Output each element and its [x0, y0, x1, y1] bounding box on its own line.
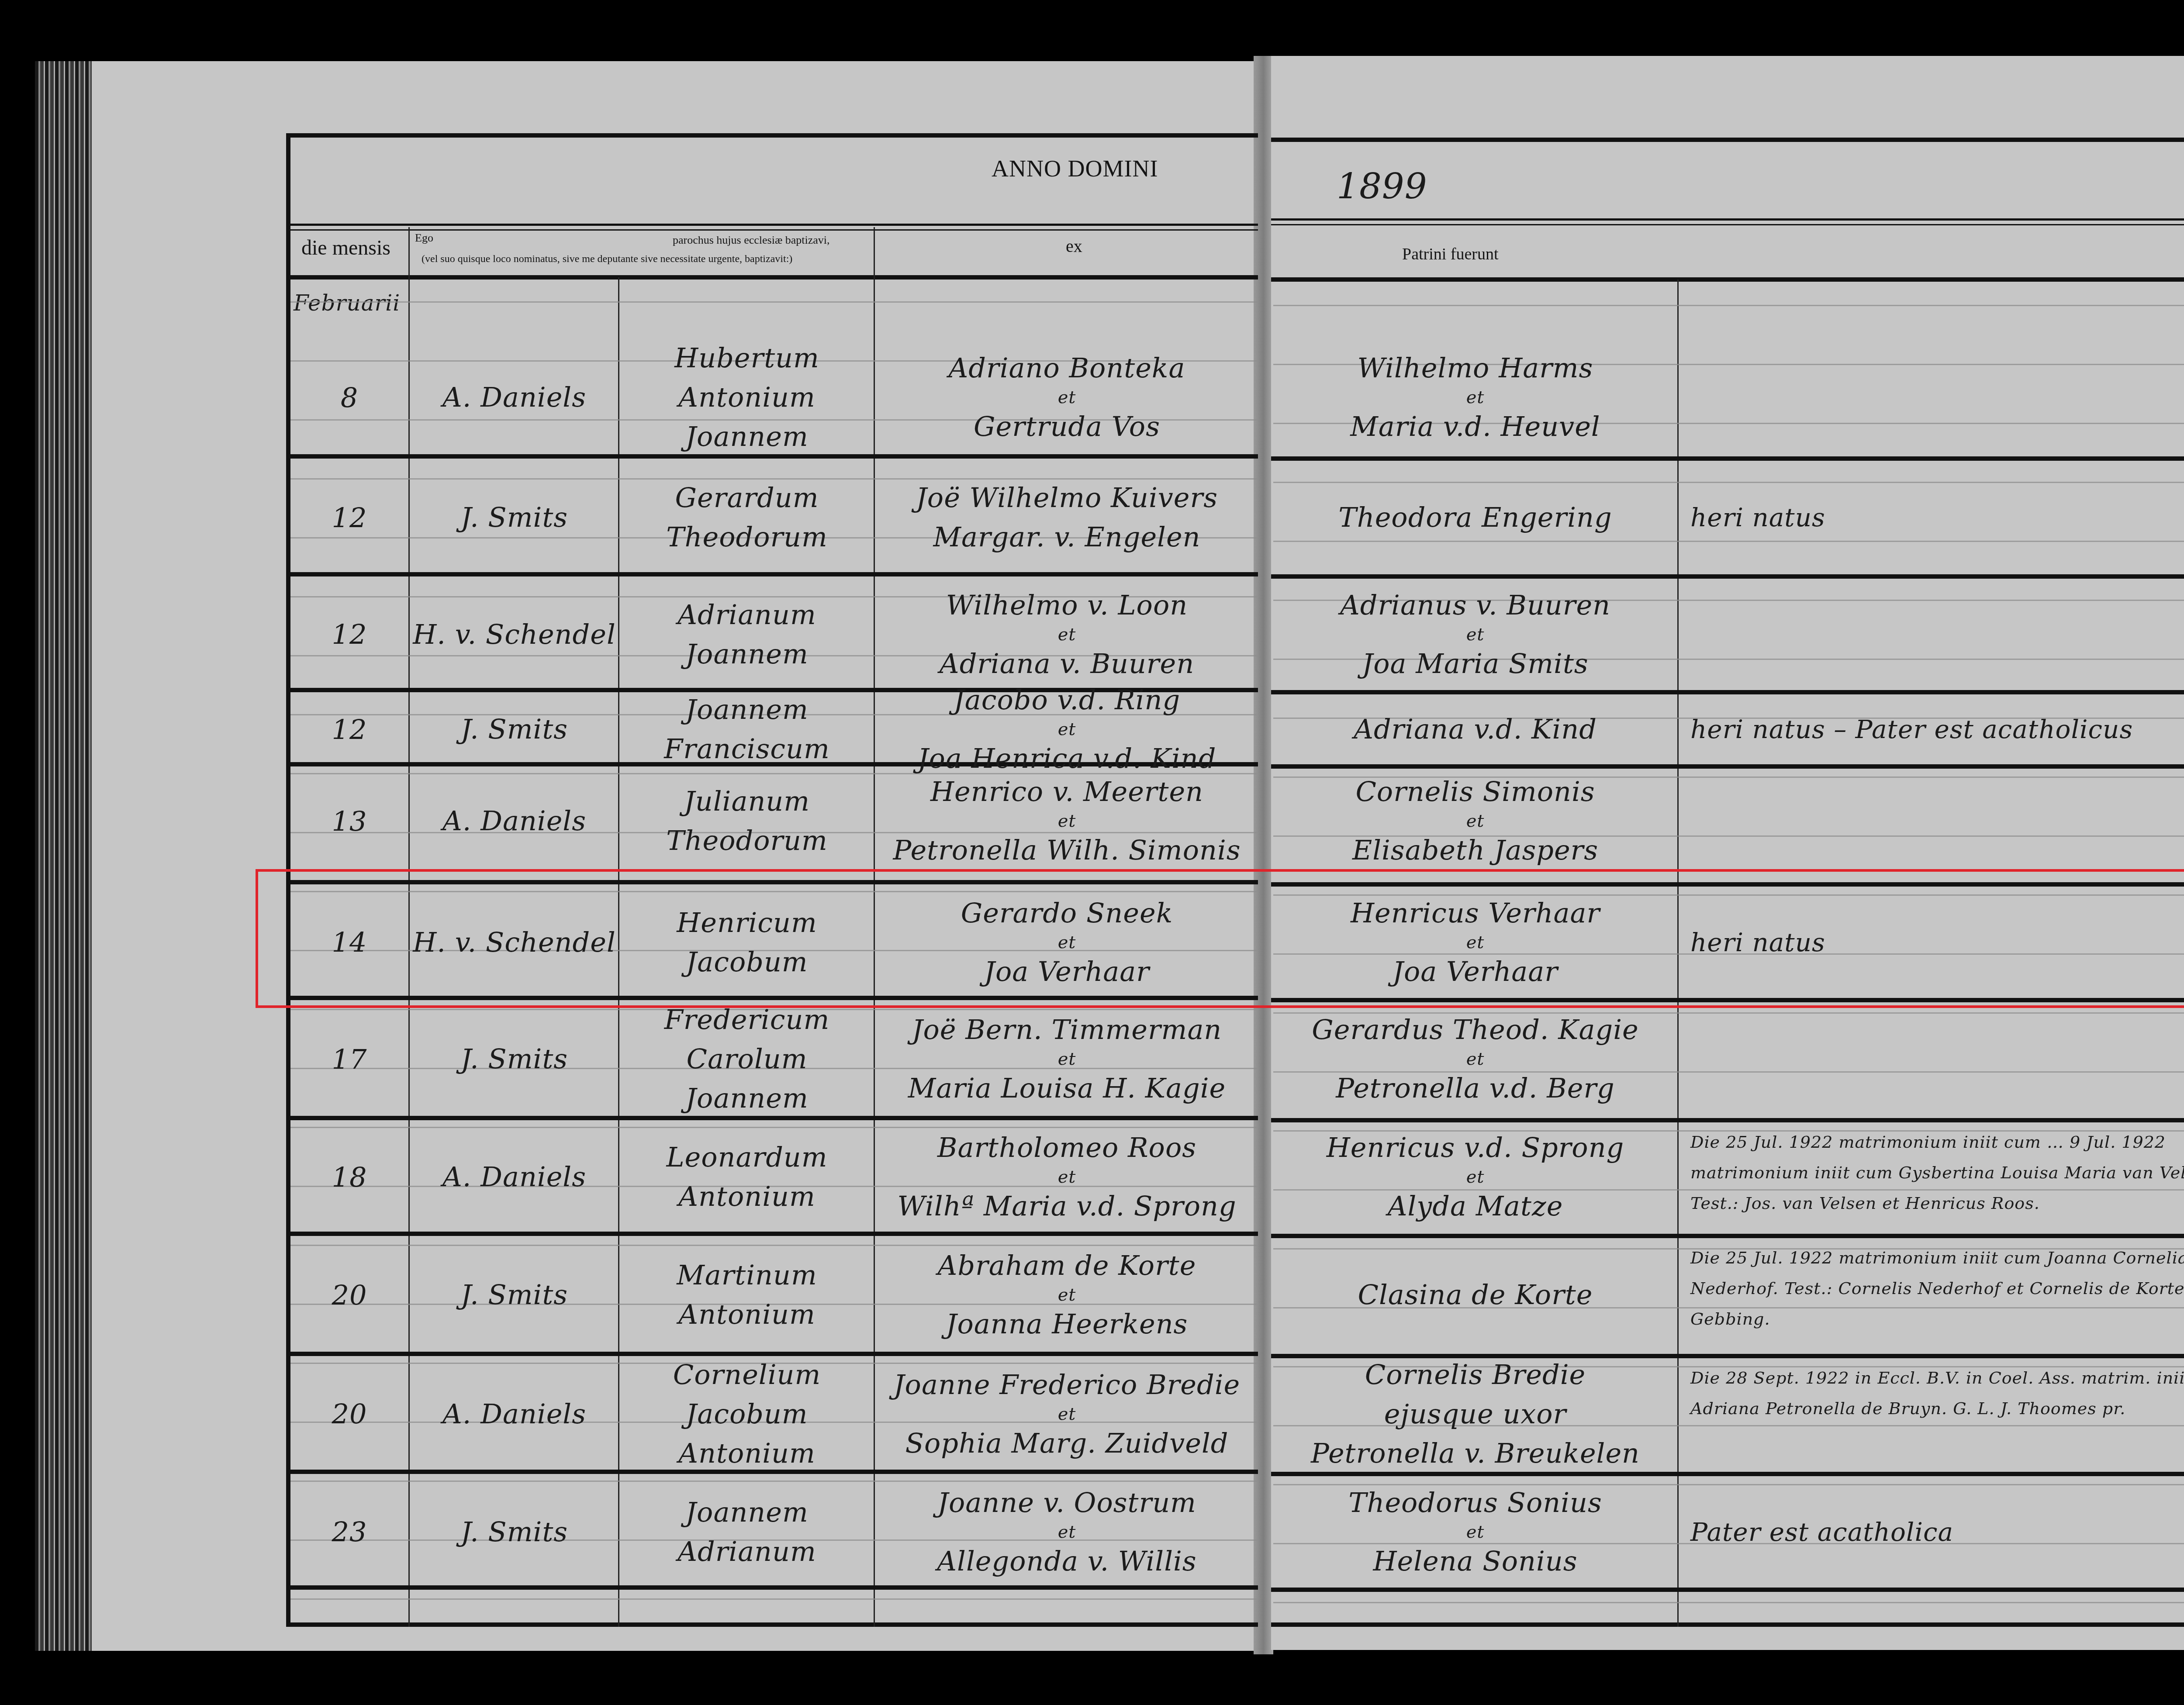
- entry-parents-line: Adriano Bonteka: [949, 349, 1185, 388]
- entry-godparents-line: Cornelis Simonis: [1355, 772, 1595, 811]
- row-separator-right: [1271, 574, 2184, 579]
- entry-parents-line: Gertruda Vos: [974, 407, 1160, 446]
- year-handwritten: 1899: [1337, 166, 1427, 207]
- entry-godparents-line: Adrianus v. Buuren: [1340, 586, 1610, 625]
- entry-parents: Joanne Frederico BredieetSophia Marg. Zu…: [876, 1358, 1258, 1470]
- entry-child-names: JoannemFranciscum: [620, 697, 874, 762]
- entry-priest-value: H. v. Schendel: [413, 615, 616, 654]
- conjunction-et: et: [1058, 720, 1076, 739]
- entry-child-names-line: Joannem: [685, 690, 809, 729]
- conjunction-et: et: [1466, 625, 1485, 644]
- entry-child-names-line: Joannem: [685, 1079, 809, 1118]
- entry-godparents: Theodora Engering: [1273, 463, 1677, 572]
- conjunction-et: et: [1058, 625, 1076, 644]
- entry-godparents-line: Adriana v.d. Kind: [1354, 710, 1597, 749]
- entry-child-names-line: Martinum: [677, 1256, 817, 1295]
- entry-child-names: FredericumCarolumJoannem: [620, 1002, 874, 1116]
- entry-godparents-line: Cornelis Bredie: [1365, 1355, 1586, 1394]
- entry-child-names-line: Antonium: [678, 378, 815, 417]
- entry-day-value: 20: [332, 1398, 367, 1430]
- entry-priest-value: J. Smits: [461, 1512, 568, 1552]
- entry-godparents-line: Wilhelmo Harms: [1358, 349, 1593, 388]
- entry-day-value: 8: [341, 382, 358, 414]
- entry-parents-line: Abraham de Korte: [938, 1246, 1196, 1285]
- header-bottom-left: [290, 275, 1258, 280]
- entry-godparents: Cornelis SimonisetElisabeth Jaspers: [1273, 762, 1677, 880]
- entry-child-names-line: Jacobum: [686, 1394, 808, 1434]
- entry-priest-value: J. Smits: [461, 498, 568, 537]
- entry-priest-value: J. Smits: [461, 1275, 568, 1315]
- entry-child-names-line: Antonium: [678, 1295, 815, 1334]
- conjunction-et: et: [1058, 388, 1076, 407]
- entry-priest: A. Daniels: [411, 1358, 618, 1470]
- entry-child-names-line: Adrianum: [677, 1532, 816, 1571]
- entry-day: 12: [290, 463, 408, 572]
- ruled-line-right: [1273, 1602, 2184, 1603]
- entry-child-names-line: Cornelium: [673, 1355, 821, 1394]
- entry-child-names: HubertumAntoniumJoannem: [620, 341, 874, 454]
- entry-note-text: Pater est acatholica: [1690, 1515, 1953, 1550]
- page-stack-edge: [35, 61, 92, 1651]
- entry-parents: Joë Wilhelmo KuiversMargar. v. Engelen: [876, 463, 1258, 572]
- entry-note: Pater est acatholica: [1690, 1483, 2184, 1581]
- entry-parents-line: Wilhª Maria v.d. Sprong: [897, 1187, 1236, 1226]
- conjunction-et: et: [1058, 1285, 1076, 1305]
- header-bottom-right: [1271, 277, 2184, 282]
- entry-parents: Joë Bern. TimmermanetMaria Louisa H. Kag…: [876, 1002, 1258, 1116]
- entry-day-value: 20: [332, 1279, 367, 1311]
- conjunction-et: et: [1058, 811, 1076, 831]
- col-header-priest-ego: Ego: [415, 231, 433, 245]
- entry-parents-line: Joë Wilhelmo Kuivers: [916, 478, 1218, 518]
- entry-godparents-line: Henricus v.d. Sprong: [1327, 1128, 1624, 1167]
- entry-priest-value: J. Smits: [461, 1039, 568, 1079]
- row-separator-right: [1271, 1588, 2184, 1592]
- entry-parents-line: Joë Bern. Timmerman: [912, 1010, 1222, 1049]
- row-separator-right: [1271, 456, 2184, 461]
- col-header-priest-sub: (vel suo quisque loco nominatus, sive me…: [422, 253, 792, 265]
- entry-parents-line: Jacobo v.d. Ring: [954, 680, 1180, 720]
- entry-child-names-line: Adrianum: [677, 595, 816, 635]
- entry-note: Die 25 Jul. 1922 matrimonium iniit cum ……: [1690, 1127, 2184, 1227]
- entry-day: 20: [290, 1358, 408, 1470]
- entry-child-names: LeonardumAntonium: [620, 1122, 874, 1232]
- entry-parents: Bartholomeo RoosetWilhª Maria v.d. Spron…: [876, 1122, 1258, 1232]
- row-separator-left: [290, 572, 1258, 576]
- entry-parents-line: Wilhelmo v. Loon: [946, 586, 1188, 625]
- entry-day: 23: [290, 1478, 408, 1585]
- entry-godparents-line: Gerardus Theod. Kagie: [1312, 1010, 1639, 1049]
- entry-parents-line: Petronella Wilh. Simonis: [893, 831, 1241, 870]
- entry-godparents: Cornelis Bredieejusque uxorPetronella v.…: [1273, 1358, 1677, 1470]
- conjunction-et: et: [1466, 1522, 1485, 1542]
- entry-godparents-line: Petronella v. Breukelen: [1311, 1434, 1640, 1473]
- entry-note: Die 25 Jul. 1922 matrimonium iniit cum J…: [1690, 1243, 2184, 1347]
- entry-priest-value: J. Smits: [461, 710, 568, 749]
- entry-priest-value: A. Daniels: [442, 801, 586, 841]
- entry-child-names: MartinumAntonium: [620, 1238, 874, 1352]
- selected-entry-highlight: [256, 869, 2184, 1008]
- entry-note: Die 28 Sept. 1922 in Eccl. B.V. in Coel.…: [1690, 1363, 2184, 1465]
- entry-priest: A. Daniels: [411, 762, 618, 880]
- entry-note-text: Die 25 Jul. 1922 matrimonium iniit cum ……: [1690, 1127, 2184, 1218]
- entry-godparents-line: Maria v.d. Heuvel: [1350, 407, 1600, 446]
- conjunction-et: et: [1058, 1167, 1076, 1187]
- entry-parents: Wilhelmo v. LoonetAdriana v. Buuren: [876, 581, 1258, 688]
- col-header-parents: ex: [1066, 236, 1082, 256]
- entry-day-value: 23: [332, 1516, 367, 1548]
- entry-godparents-line: Elisabeth Jaspers: [1352, 831, 1598, 870]
- entry-child-names: CorneliumJacobumAntonium: [620, 1358, 874, 1470]
- entry-note-text: heri natus – Pater est acatholicus: [1690, 712, 2133, 747]
- anno-domini-title: ANNO DOMINI: [992, 155, 1158, 182]
- col-header-godparents: Patrini fuerunt: [1402, 245, 1499, 264]
- entry-day: 17: [290, 1002, 408, 1116]
- entry-godparents: Wilhelmo HarmsetMaria v.d. Heuvel: [1273, 341, 1677, 454]
- entry-child-names: JulianumTheodorum: [620, 762, 874, 880]
- entry-note: [1690, 345, 2184, 450]
- row-separator-left: [290, 1585, 1258, 1590]
- entry-day-value: 12: [332, 714, 367, 746]
- entry-day: 8: [290, 341, 408, 454]
- entry-priest: J. Smits: [411, 1478, 618, 1585]
- entry-godparents-line: Helena Sonius: [1373, 1542, 1577, 1581]
- entry-note: [1690, 1007, 2184, 1111]
- entry-godparents: Gerardus Theod. KagieetPetronella v.d. B…: [1273, 1002, 1677, 1116]
- entry-priest-value: A. Daniels: [442, 378, 586, 417]
- entry-child-names-line: Leonardum: [666, 1138, 827, 1177]
- entry-godparents-line: Alyda Matze: [1388, 1187, 1563, 1226]
- conjunction-et: et: [1466, 811, 1485, 831]
- conjunction-et: et: [1058, 1049, 1076, 1069]
- entry-priest: J. Smits: [411, 697, 618, 762]
- entry-godparents: Adriana v.d. Kind: [1273, 697, 1677, 762]
- entry-priest-value: A. Daniels: [442, 1157, 586, 1197]
- entry-note-text: heri natus: [1690, 500, 1825, 535]
- entry-day-value: 12: [332, 618, 367, 650]
- entry-parents-line: Joanna Heerkens: [946, 1305, 1188, 1344]
- entry-child-names: GerardumTheodorum: [620, 463, 874, 572]
- entry-parents-line: Bartholomeo Roos: [937, 1128, 1196, 1167]
- entry-parents-line: Allegonda v. Willis: [937, 1542, 1196, 1581]
- entry-godparents-line: ejusque uxor: [1384, 1394, 1567, 1434]
- conjunction-et: et: [1058, 1405, 1076, 1424]
- entry-priest: J. Smits: [411, 1238, 618, 1352]
- entry-note: [1690, 585, 2184, 683]
- entry-parents-line: Joanne v. Oostrum: [937, 1483, 1196, 1522]
- entry-priest: H. v. Schendel: [411, 581, 618, 688]
- entry-parents-line: Adriana v. Buuren: [940, 644, 1194, 683]
- entry-parents-line: Henrico v. Meerten: [930, 772, 1203, 811]
- entry-day: 12: [290, 697, 408, 762]
- col-header-day: die mensis: [301, 236, 390, 260]
- entry-note: [1690, 766, 2184, 876]
- entry-priest: J. Smits: [411, 463, 618, 572]
- conjunction-et: et: [1058, 1522, 1076, 1542]
- entry-godparents-line: Petronella v.d. Berg: [1336, 1069, 1615, 1108]
- ruled-line-left: [290, 1598, 1258, 1600]
- entry-parents-line: Sophia Marg. Zuidveld: [905, 1424, 1229, 1463]
- entry-day: 18: [290, 1122, 408, 1232]
- entry-parents-line: Margar. v. Engelen: [933, 518, 1200, 557]
- entry-godparents: Adrianus v. BuurenetJoa Maria Smits: [1273, 581, 1677, 688]
- entry-note-text: Die 25 Jul. 1922 matrimonium iniit cum J…: [1690, 1243, 2184, 1334]
- header-divider-left: [290, 224, 1258, 231]
- entry-note-text: Die 28 Sept. 1922 in Eccl. B.V. in Coel.…: [1690, 1363, 2184, 1424]
- entry-child-names-line: Carolum: [687, 1039, 808, 1079]
- entry-parents: Henrico v. MeertenetPetronella Wilh. Sim…: [876, 762, 1258, 880]
- entry-child-names-line: Theodorum: [666, 518, 828, 557]
- entry-day: 12: [290, 581, 408, 688]
- month-label: Februarii: [294, 290, 400, 316]
- entry-priest: A. Daniels: [411, 1122, 618, 1232]
- ruled-line-left: [290, 301, 1258, 303]
- entry-child-names-line: Theodorum: [666, 821, 828, 860]
- conjunction-et: et: [1466, 1167, 1485, 1187]
- entry-priest-value: A. Daniels: [442, 1394, 586, 1434]
- entry-child-names: JoannemAdrianum: [620, 1478, 874, 1585]
- entry-child-names: AdrianumJoannem: [620, 581, 874, 688]
- entry-parents: Jacobo v.d. RingetJoa Henrica v.d. Kind: [876, 697, 1258, 762]
- entry-child-names-line: Joannem: [685, 635, 809, 674]
- entry-child-names-line: Joannem: [685, 1493, 809, 1532]
- entry-day: 13: [290, 762, 408, 880]
- entry-parents: Joanne v. OostrumetAllegonda v. Willis: [876, 1478, 1258, 1585]
- entry-child-names-line: Antonium: [678, 1177, 815, 1216]
- entry-day-value: 18: [332, 1161, 367, 1193]
- conjunction-et: et: [1466, 388, 1485, 407]
- entry-godparents: Clasina de Korte: [1273, 1238, 1677, 1352]
- entry-godparents: Theodorus SoniusetHelena Sonius: [1273, 1478, 1677, 1585]
- entry-parents: Abraham de KorteetJoanna Heerkens: [876, 1238, 1258, 1352]
- ruled-line-right: [1273, 305, 2184, 306]
- entry-child-names-line: Hubertum: [674, 338, 819, 378]
- entry-day-value: 12: [332, 502, 367, 534]
- col-header-priest-right: parochus hujus ecclesiæ baptizavi,: [673, 234, 830, 247]
- entry-godparents-line: Joa Maria Smits: [1362, 644, 1588, 683]
- row-separator-right: [1271, 1118, 2184, 1122]
- entry-day-value: 17: [332, 1043, 367, 1075]
- entry-parents-line: Joanne Frederico Bredie: [894, 1365, 1240, 1405]
- row-separator-left: [290, 1232, 1258, 1236]
- entry-priest: J. Smits: [411, 1002, 618, 1116]
- header-divider-right: [1271, 218, 2184, 225]
- entry-parents: Adriano BontekaetGertruda Vos: [876, 341, 1258, 454]
- entry-godparents-line: Clasina de Korte: [1358, 1275, 1593, 1315]
- entry-day: 20: [290, 1238, 408, 1352]
- entry-note: heri natus – Pater est acatholicus: [1690, 701, 2184, 758]
- entry-godparents-line: Theodora Engering: [1338, 498, 1612, 537]
- entry-child-names-line: Julianum: [684, 782, 810, 821]
- entry-priest: A. Daniels: [411, 341, 618, 454]
- entry-parents-line: Maria Louisa H. Kagie: [908, 1069, 1226, 1108]
- row-separator-right: [1271, 690, 2184, 694]
- entry-child-names-line: Antonium: [678, 1434, 815, 1473]
- conjunction-et: et: [1466, 1049, 1485, 1069]
- entry-godparents: Henricus v.d. SprongetAlyda Matze: [1273, 1122, 1677, 1232]
- entry-child-names-line: Joannem: [685, 417, 809, 456]
- entry-godparents-line: Theodorus Sonius: [1348, 1483, 1602, 1522]
- entry-day-value: 13: [332, 805, 367, 837]
- row-separator-right: [1271, 1234, 2184, 1238]
- entry-note: heri natus: [1690, 467, 2184, 568]
- entry-child-names-line: Gerardum: [675, 478, 819, 518]
